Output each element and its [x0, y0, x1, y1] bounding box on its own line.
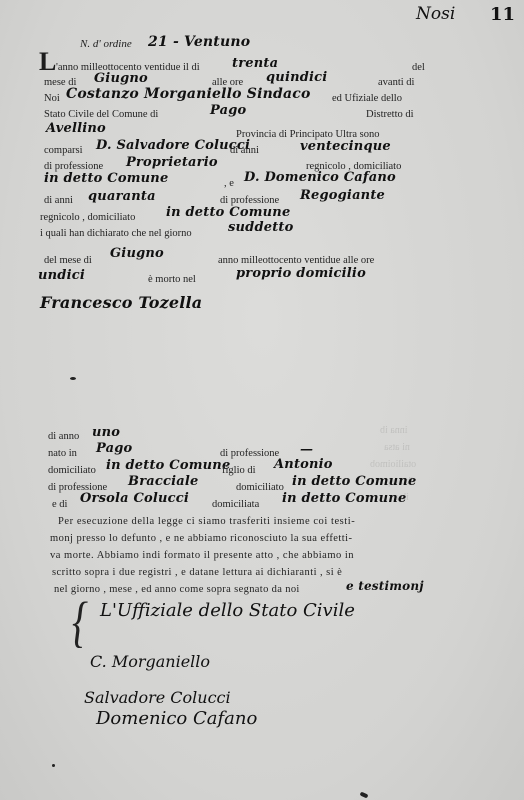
- document-page: Nosi 11 N. d' ordine 21 - Ventuno L 'ann…: [0, 0, 524, 800]
- death-place-fill: proprio domicilio: [236, 268, 366, 280]
- deceased-profession-fill: —: [300, 444, 313, 456]
- hour-fill: quindici: [266, 72, 327, 84]
- death-month-fill: Giugno: [110, 248, 164, 260]
- deceased-domicile-fill: in detto Comune: [106, 460, 230, 472]
- birthplace-fill: Pago: [96, 443, 132, 455]
- deceased-name-fill: Francesco Tozella: [40, 297, 202, 309]
- declarant2-age-fill: quaranta: [88, 191, 156, 203]
- signature-officer: L'Uffiziale dello Stato Civile: [100, 600, 355, 621]
- signature-witness-2: Domenico Cafano: [96, 708, 257, 729]
- signature-brace: {: [72, 589, 88, 655]
- witnesses-fill: e testimonj: [346, 580, 424, 592]
- ink-speck: [360, 791, 369, 798]
- declarant2-fill: D. Domenico Cafano: [244, 172, 396, 184]
- declarant2-domicile-fill: in detto Comune: [166, 207, 290, 219]
- declarant1-domicile-fill: in detto Comune: [44, 173, 168, 185]
- ink-speck: [52, 764, 55, 767]
- month-fill: Giugno: [94, 73, 148, 85]
- order-label: N. d' ordine: [80, 38, 132, 50]
- age-fill: uno: [92, 427, 120, 439]
- margin-note: Nosi: [416, 4, 455, 24]
- death-hour-fill: undici: [38, 270, 85, 282]
- declarant1-age-fill: ventecinque: [300, 141, 391, 153]
- order-value: 21 - Ventuno: [148, 34, 250, 50]
- bleed-through-text: inna ib: [380, 425, 408, 436]
- father-fill: Antonio: [274, 459, 333, 471]
- declarant1-profession-fill: Proprietario: [126, 157, 218, 169]
- father-domicile-fill: in detto Comune: [292, 476, 416, 488]
- bleed-through-text: ni atsa: [384, 442, 410, 453]
- declarant1-fill: D. Salvadore Colucci: [96, 140, 250, 152]
- signature-mayor: C. Morganiello: [90, 652, 210, 671]
- drop-cap: L: [39, 52, 56, 72]
- death-day-fill: suddetto: [228, 222, 294, 234]
- bleed-through-text: otailioimob: [370, 459, 416, 470]
- signature-witness-1: Salvadore Colucci: [84, 688, 231, 707]
- day-fill: trenta: [232, 58, 278, 70]
- margin-number: 11: [490, 4, 515, 25]
- declarant2-profession-fill: Regogiante: [300, 190, 385, 202]
- mother-fill: Orsola Colucci: [80, 493, 189, 505]
- ink-speck: [70, 377, 76, 380]
- district-fill: Avellino: [46, 123, 106, 135]
- mother-domicile-fill: in detto Comune: [282, 493, 406, 505]
- comune-fill: Pago: [210, 105, 246, 117]
- mayor-fill: Costanzo Morganiello Sindaco: [66, 88, 311, 100]
- father-profession-fill: Bracciale: [128, 476, 198, 488]
